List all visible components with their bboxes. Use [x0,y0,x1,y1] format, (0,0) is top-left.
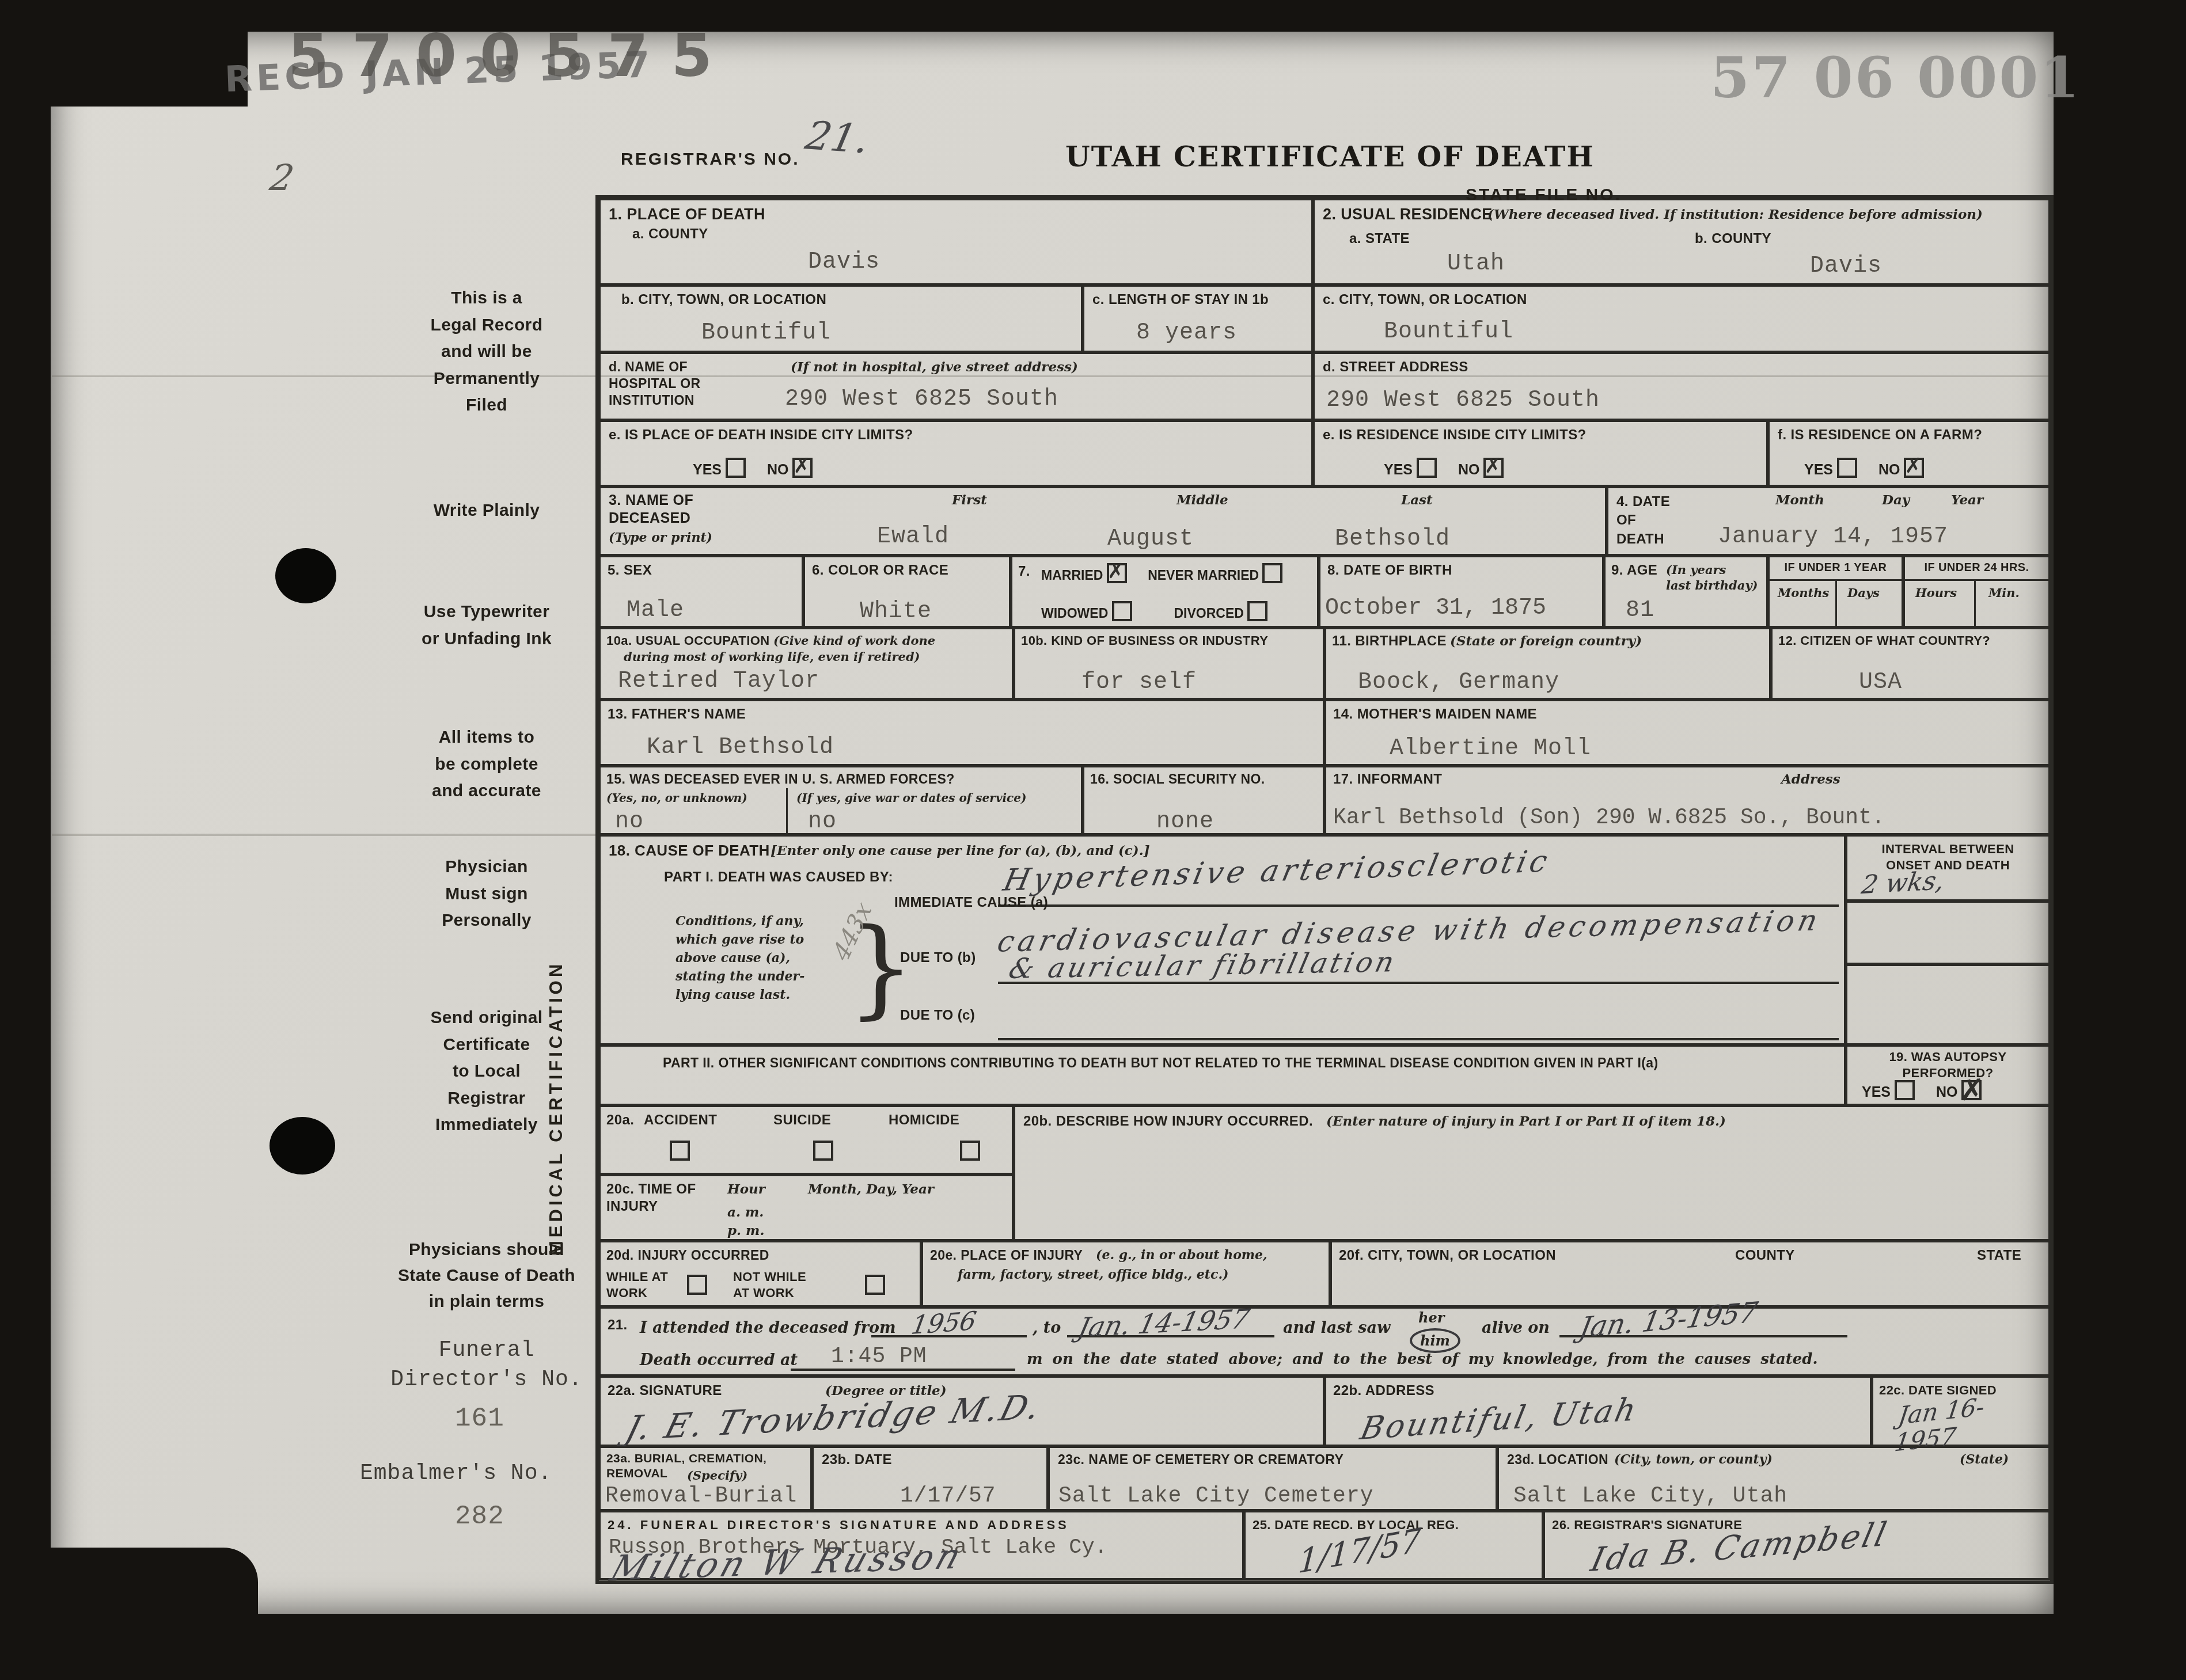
label-21-number: 21. [608,1317,628,1334]
label-1-place-of-death: 1. PLACE OF DEATH [609,205,765,225]
cell-1e-inside-city-limits: e. IS PLACE OF DEATH INSIDE CITY LIMITS?… [599,420,1313,486]
label-7-never-married: NEVER MARRIED [1148,568,1259,583]
value-8-date-of-birth: October 31, 1875 [1325,595,1546,621]
divider-9-hours-min [1974,579,1976,626]
checkbox-20a-accident [670,1141,690,1161]
label-14-mothers-maiden-name: 14. MOTHER'S MAIDEN NAME [1333,706,1537,723]
cell-16-social-security: 16. SOCIAL SECURITY NO. none [1083,766,1324,835]
label-2d-street-address: d. STREET ADDRESS [1323,359,1468,376]
checkbox-7-widowed [1112,601,1132,621]
checkrow-1e: YES NO ✗ [693,458,813,478]
cell-1-place-of-death: 1. PLACE OF DEATH a. COUNTY Davis [599,199,1313,285]
value-1a-county: Davis [808,249,880,275]
value-1c-length-of-stay: 8 years [1136,320,1237,346]
margin-note-legal-record: This is a Legal Record and will be Perma… [363,285,610,419]
label-1e-inside-city-limits: e. IS PLACE OF DEATH INSIDE CITY LIMITS? [609,427,913,444]
checkbox-20d-not-while [865,1275,885,1295]
cell-13-fathers-name: 13. FATHER'S NAME Karl Bethsold [599,700,1324,766]
cell-10a-occupation: 10a. USUAL OCCUPATION (Give kind of work… [599,628,1014,700]
text-21-causes-stated: m on the date stated above; and to the b… [1027,1350,1818,1370]
value-4-date-of-death: January 14, 1957 [1718,524,1948,550]
cell-10b-industry: 10b. KIND OF BUSINESS OR INDUSTRY for se… [1014,628,1324,700]
label-9-under-24-hrs: IF UNDER 24 HRS. [1905,561,2048,575]
label-18-conditions: Conditions, if any, which gave rise to a… [675,913,804,1004]
medical-certification-side-label: MEDICAL CERTIFICATION [546,838,578,1379]
label-1c-length-of-stay: c. LENGTH OF STAY IN 1b [1092,291,1269,309]
cell-14-mothers-maiden-name: 14. MOTHER'S MAIDEN NAME Albertine Moll [1324,700,2050,766]
text-21-him-circled: him [1410,1328,1460,1353]
cell-interval-onset-death: INTERVAL BETWEEN ONSET AND DEATH 2 wks, [1846,835,2050,901]
cell-23c-cemetery: 23c. NAME OF CEMETERY OR CREMATORY Salt … [1048,1446,1497,1511]
divider-9-months-days [1835,579,1837,626]
label-18-cause-of-death: 18. CAUSE OF DEATH [609,841,770,860]
text-21-last-saw: and last saw [1283,1318,1390,1338]
label-20a-number: 20a. [606,1112,634,1129]
column-3-middle: Middle [1177,492,1228,509]
checkmark-7-married: ✗ [1107,560,1125,583]
checkmark-2e-no: ✗ [1484,454,1501,478]
margin-note-typewriter: Use Typewriter or Unfading Ink [351,599,622,652]
label-20c-month-day-year: Month, Day, Year [808,1181,934,1198]
checkbox-1e-no: ✗ [792,458,813,478]
text-21-her: her [1418,1309,1444,1326]
scan-shadow-left-band [0,0,51,1680]
cell-20a-accident: 20a. ACCIDENT SUICIDE HOMICIDE [599,1105,1014,1175]
serial-number-stamp: 5700575 [288,22,735,90]
label-22a-signature: 22a. SIGNATURE [608,1382,722,1400]
checkbox-7-never-married [1262,563,1282,583]
label-23b-date: 23b. DATE [822,1451,892,1469]
value-23b-date: 1/17/57 [900,1484,996,1508]
label-25-date-received: 25. DATE RECD. BY LOCAL REG. [1253,1517,1459,1533]
note-3-type-or-print: (Type or print) [609,530,712,546]
line-18c [998,1038,1839,1040]
cell-22c-date-signed: 22c. DATE SIGNED Jan 16- 1957 [1872,1376,2050,1446]
note-23a-specify: (Specify) [687,1468,747,1483]
cell-17-informant: 17. INFORMANT Address Karl Bethsold (Son… [1324,766,2050,835]
label-2e-no: NO [1458,462,1480,478]
label-20f-city: 20f. CITY, TOWN, OR LOCATION [1339,1247,1556,1264]
label-7-widowed: WIDOWED [1041,606,1108,621]
label-20a-suicide: SUICIDE [773,1112,831,1129]
label-9-hours: Hours [1915,585,1957,600]
column-4-day: Day [1882,492,1910,509]
certificate-title: UTAH CERTIFICATE OF DEATH [1065,139,1595,174]
cell-6-color-or-race: 6. COLOR OR RACE White [803,556,1011,628]
label-12-citizen: 12. CITIZEN OF WHAT COUNTRY? [1778,633,1990,649]
cell-8-date-of-birth: 8. DATE OF BIRTH October 31, 1875 [1319,556,1604,628]
checkbox-20d-while [687,1275,707,1295]
value-17-informant: Karl Bethsold (Son) 290 W.6825 So., Boun… [1333,805,1885,830]
cell-20d-injury-occurred: 20d. INJURY OCCURRED WHILE AT WORK NOT W… [599,1241,921,1307]
label-9-months: Months [1778,585,1829,600]
text-21-attended-from: I attended the deceased from [640,1318,896,1338]
cell-11-birthplace: 11. BIRTHPLACE (State or foreign country… [1324,628,1771,700]
label-15-armed-forces: 15. WAS DECEASED EVER IN U. S. ARMED FOR… [606,771,955,788]
label-24-funeral-director: 24. FUNERAL DIRECTOR'S SIGNATURE AND ADD… [608,1517,1069,1533]
handwritten-interval-value: 2 wks, [1859,866,1946,900]
label-2f-farm: f. IS RESIDENCE ON A FARM? [1778,427,1982,444]
cell-1b-city: b. CITY, TOWN, OR LOCATION Bountiful [599,285,1083,352]
cell-interval-empty-2 [1846,964,2050,1045]
value-1b-city: Bountiful [701,320,831,346]
checkmark-1e-no: ✗ [793,454,810,478]
value-5-sex: Male [627,598,684,624]
label-part2: PART II. OTHER SIGNIFICANT CONDITIONS CO… [663,1055,1815,1071]
label-1b-city: b. CITY, TOWN, OR LOCATION [621,291,826,309]
registrar-no-label: REGISTRAR'S NO. [621,149,800,170]
column-4-month: Month [1775,492,1824,509]
state-file-no-label: STATE FILE NO. [1466,184,1622,206]
note-20e-line2: farm, factory, street, office bldg., etc… [958,1267,1228,1283]
checkbox-2e-no: ✗ [1483,458,1504,478]
checkbox-1e-yes [726,458,746,478]
checkbox-2e-yes [1417,458,1437,478]
cell-20c-time-of-injury: 20c. TIME OF INJURY Hour Month, Day, Yea… [599,1175,1014,1241]
checkbox-7-married: ✗ [1107,563,1127,583]
checkbox-20a-suicide [813,1141,833,1161]
value-2a-state: Utah [1447,251,1505,277]
scanned-death-certificate-photo: RECD JAN 25 1957 5700575 REGISTRAR'S NO.… [0,0,2186,1680]
label-8-date-of-birth: 8. DATE OF BIRTH [1327,562,1452,579]
note-18-cause-of-death: [Enter only one cause per line for (a), … [771,842,1150,860]
cell-3-name-of-deceased: 3. NAME OF DECEASED (Type or print) Firs… [599,486,1607,556]
label-11-birthplace: 11. BIRTHPLACE [1332,633,1447,650]
checkbox-2f-no: ✗ [1904,458,1924,478]
cell-15-armed-forces: 15. WAS DECEASED EVER IN U. S. ARMED FOR… [599,766,1083,835]
funeral-director-no-value: 161 [455,1404,504,1434]
label-2a-state: a. STATE [1349,230,1410,248]
cell-2f-farm: f. IS RESIDENCE ON A FARM? YES NO ✗ [1768,420,2050,486]
cell-26-registrar-signature: 26. REGISTRAR'S SIGNATURE Ida B. Campbel… [1543,1511,2050,1580]
checkbox-19-no: ✗ [1961,1080,1982,1100]
state-file-number-stamp: 57 06 0001 [1710,45,2081,111]
cell-22a-signature: 22a. SIGNATURE (Degree or title) J. E. T… [599,1376,1324,1446]
cell-21-attended-statement: 21. I attended the deceased from 1956 , … [599,1307,2050,1376]
value-2c-city: Bountiful [1384,319,1513,345]
label-2e-yes: YES [1384,462,1413,478]
value-21-time: 1:45 PM [831,1344,927,1369]
cell-9-age: 9. AGE (In years last birthday) 81 [1604,556,1768,628]
label-20c-time-of-injury: 20c. TIME OF INJURY [606,1181,696,1215]
cell-1d-hospital: d. NAME OF HOSPITAL OR INSTITUTION (If n… [599,352,1313,420]
label-20f-state: STATE [1977,1247,2021,1264]
cell-1c-length-of-stay: c. LENGTH OF STAY IN 1b 8 years [1083,285,1313,352]
label-1e-yes: YES [693,462,722,478]
cell-18-cause-of-death: 18. CAUSE OF DEATH [Enter only one cause… [599,835,1846,1045]
cell-20b-describe-injury: 20b. DESCRIBE HOW INJURY OCCURRED. (Ente… [1014,1105,2050,1241]
note-9-age: (In years last birthday) [1666,562,1758,594]
value-3-middle: August [1107,526,1194,552]
label-20e-place-of-injury: 20e. PLACE OF INJURY [930,1247,1083,1264]
divider-15 [786,788,788,833]
value-13-fathers-name: Karl Bethsold [647,735,834,761]
label-20b-describe-injury: 20b. DESCRIBE HOW INJURY OCCURRED. [1023,1113,1313,1130]
value-6-color-or-race: White [860,599,932,625]
cell-9-under-24-hrs: IF UNDER 24 HRS. Hours Min. [1903,556,2050,628]
column-3-first: First [952,492,987,509]
margin-note-write-plainly: Write Plainly [363,500,610,522]
note-20b-describe-injury: (Enter nature of injury in Part I or Par… [1326,1113,1726,1130]
value-3-first: Ewald [877,524,949,550]
note-20e-line1: (e. g., in or about home, [1096,1247,1267,1264]
label-20a-accident: ACCIDENT [644,1112,717,1129]
label-18-due-to-c: DUE TO (c) [900,1007,975,1024]
cell-25-date-received: 25. DATE RECD. BY LOCAL REG. 1/17/57 [1244,1511,1543,1580]
value-14-mothers-maiden-name: Albertine Moll [1390,736,1591,762]
cell-9-under-1-year: IF UNDER 1 YEAR Months Days [1768,556,1903,628]
label-19-yes: YES [1862,1084,1891,1100]
checkrow-2f: YES NO ✗ [1804,458,1924,478]
label-20f-county: COUNTY [1735,1247,1795,1264]
label-23c-cemetery: 23c. NAME OF CEMETERY OR CREMATORY [1058,1451,1344,1468]
scan-shadow-right-band [2054,0,2186,1680]
label-2c-city: c. CITY, TOWN, OR LOCATION [1323,291,1527,309]
checkmark-19-no: ✗ [1959,1073,1984,1108]
fold-crease-mid [52,834,598,836]
punch-hole-top [275,548,336,603]
label-17-address: Address [1781,771,1840,788]
value-2d-street-address: 290 West 6825 South [1326,387,1600,413]
note-10a-line1: (Give kind of work done [773,633,935,648]
note-1d-hospital: (If not in hospital, give street address… [791,359,1078,376]
scan-shadow-bottom-left [51,1548,258,1616]
note-10a-line2: during most of working life, even if ret… [624,649,920,664]
cell-22b-address: 22b. ADDRESS Bountiful, Utah [1324,1376,1872,1446]
handwritten-18b-line2: & auricular fibrillation [1006,946,1401,985]
label-10b-industry: 10b. KIND OF BUSINESS OR INDUSTRY [1021,633,1268,649]
label-20c-pm: p. m. [727,1222,764,1240]
label-17-informant: 17. INFORMANT [1333,771,1442,788]
checkrow-7-top: MARRIED ✗ NEVER MARRIED [1041,563,1282,583]
label-4-date-of-death: 4. DATE OF DEATH [1616,493,1670,549]
note-11-birthplace: (State or foreign country) [1450,633,1642,650]
label-3-name-of-deceased: 3. NAME OF DECEASED [609,492,693,528]
note-23d-state: (State) [1960,1451,2009,1468]
cell-2d-street-address: d. STREET ADDRESS 290 West 6825 South [1313,352,2050,420]
value-15-armed-forces-1: no [615,809,644,835]
label-7-number: 7. [1018,563,1030,580]
note-15-yes-no-unknown: (Yes, no, or unknown) [606,790,747,805]
label-2e-inside-city-limits: e. IS RESIDENCE INSIDE CITY LIMITS? [1323,427,1587,444]
label-7-divorced: DIVORCED [1174,606,1243,621]
scan-shadow-bottom-band [0,1614,2186,1680]
checkrow-19: YES NO ✗ [1862,1080,1982,1101]
text-21-alive-on: alive on [1482,1318,1550,1338]
value-23d-location: Salt Lake City, Utah [1513,1484,1787,1508]
label-2b-county: b. COUNTY [1695,230,1771,248]
label-1a-county: a. COUNTY [632,226,708,243]
cell-2e-inside-city-limits: e. IS RESIDENCE INSIDE CITY LIMITS? YES … [1313,420,1768,486]
cell-2c-city: c. CITY, TOWN, OR LOCATION Bountiful [1313,285,2050,352]
label-2f-no: NO [1878,462,1900,478]
text-21-death-occurred: Death occurred at [640,1350,798,1370]
label-19-autopsy: 19. WAS AUTOPSY PERFORMED? [1847,1049,2048,1081]
label-13-fathers-name: 13. FATHER'S NAME [608,706,746,723]
label-interval: INTERVAL BETWEEN ONSET AND DEATH [1847,841,2048,873]
handwritten-18b-line1: cardiovascular disease with decompensati… [995,903,1825,959]
embalmer-no-label: Embalmer's No. [360,1461,552,1486]
value-1d-hospital: 290 West 6825 South [785,386,1058,412]
note-2-usual-residence: (Where deceased lived. If institution: R… [1487,206,1983,223]
label-19-no: NO [1936,1084,1958,1100]
cell-2-usual-residence: 2. USUAL RESIDENCE (Where deceased lived… [1313,199,2050,285]
punch-hole-bottom [270,1117,335,1175]
label-2f-yes: YES [1804,462,1833,478]
label-16-social-security: 16. SOCIAL SECURITY NO. [1090,771,1265,788]
divider-9-under24-horizontal [1905,579,2048,581]
label-2-usual-residence: 2. USUAL RESIDENCE [1323,205,1493,225]
cell-20f-city-county-state: 20f. CITY, TOWN, OR LOCATION COUNTY STAT… [1330,1241,2050,1307]
cell-5-sex: 5. SEX Male [599,556,803,628]
checkrow-7-bottom: WIDOWED DIVORCED [1041,601,1267,621]
label-18-due-to-b: DUE TO (b) [900,949,976,967]
margin-note-plain-terms: Physicians should State Cause of Death i… [346,1237,628,1314]
cell-12-citizen: 12. CITIZEN OF WHAT COUNTRY? USA [1771,628,2050,700]
margin-note-complete: All items to be complete and accurate [363,724,610,805]
label-23d-location: 23d. LOCATION [1507,1451,1608,1468]
cell-24-funeral-director: 24. FUNERAL DIRECTOR'S SIGNATURE AND ADD… [599,1511,1244,1580]
label-9-min: Min. [1988,585,2020,600]
label-1d-hospital: d. NAME OF HOSPITAL OR INSTITUTION [609,359,700,408]
cell-7-marital-status: 7. MARRIED ✗ NEVER MARRIED WIDOWED DIVOR… [1011,556,1319,628]
column-4-year: Year [1951,492,1983,509]
label-20a-homicide: HOMICIDE [889,1112,959,1129]
value-12-citizen: USA [1859,670,1902,695]
value-9-age: 81 [1626,598,1654,624]
checkbox-7-divorced [1247,601,1267,621]
checkbox-19-yes [1895,1080,1915,1100]
label-18-part1: PART I. DEATH WAS CAUSED BY: [664,869,893,886]
label-6-color-or-race: 6. COLOR OR RACE [812,562,948,579]
value-23a-burial: Removal-Burial [605,1484,797,1508]
value-23c-cemetery: Salt Lake City Cemetery [1058,1484,1374,1508]
cell-23b-date: 23b. DATE 1/17/57 [812,1446,1048,1511]
label-9-days: Days [1847,585,1880,600]
cell-part2: PART II. OTHER SIGNIFICANT CONDITIONS CO… [599,1045,1846,1105]
cell-23a-burial-type: 23a. BURIAL, CREMATION, REMOVAL (Specify… [599,1446,812,1511]
text-21-to: , to [1033,1318,1061,1338]
column-3-last: Last [1401,492,1433,509]
value-3-last: Bethsold [1335,526,1450,552]
embalmer-no-value: 282 [455,1502,504,1531]
label-1e-no: NO [767,462,789,478]
label-9-under-1-year: IF UNDER 1 YEAR [1770,561,1902,575]
label-9-age: 9. AGE [1611,562,1657,579]
label-20c-am: a. m. [727,1204,764,1221]
value-10a-occupation: Retired Taylor [618,668,819,694]
value-11-birthplace: Boock, Germany [1358,670,1559,695]
funeral-director-no-label: Funeral Director's No. [363,1336,610,1395]
checkmark-2f-no: ✗ [1904,454,1922,478]
handwritten-21-from: 1956 [909,1306,979,1341]
checkrow-2e: YES NO ✗ [1384,458,1504,478]
label-7-married: MARRIED [1041,568,1103,583]
cell-19-autopsy: 19. WAS AUTOPSY PERFORMED? YES NO ✗ [1846,1045,2050,1105]
value-2b-county: Davis [1810,253,1882,279]
label-10a-occupation: 10a. USUAL OCCUPATION [606,633,769,649]
note-23d-city-town-county: (City, town, or county) [1614,1451,1773,1468]
value-10b-industry: for self [1081,670,1197,695]
label-20c-hour: Hour [727,1181,765,1198]
checkbox-20a-homicide [960,1141,980,1161]
value-16-social-security: none [1156,809,1214,835]
cell-23d-location: 23d. LOCATION (City, town, or county) (S… [1497,1446,2050,1511]
label-22b-address: 22b. ADDRESS [1333,1382,1434,1400]
label-20d-not-while-at-work: NOT WHILE AT WORK [733,1269,806,1301]
cell-20e-place-of-injury: 20e. PLACE OF INJURY (e. g., in or about… [921,1241,1330,1307]
registrar-no-value: 21. [802,113,873,163]
note-15-war-dates: (If yes, give war or dates of service) [796,790,1026,805]
value-15-armed-forces-2: no [808,809,837,835]
label-5-sex: 5. SEX [608,562,652,579]
cell-4-date-of-death: 4. DATE OF DEATH Month Day Year January … [1607,486,2050,556]
label-20d-injury-occurred: 20d. INJURY OCCURRED [606,1247,769,1264]
cell-interval-empty-1 [1846,901,2050,964]
checkbox-2f-yes [1837,458,1857,478]
